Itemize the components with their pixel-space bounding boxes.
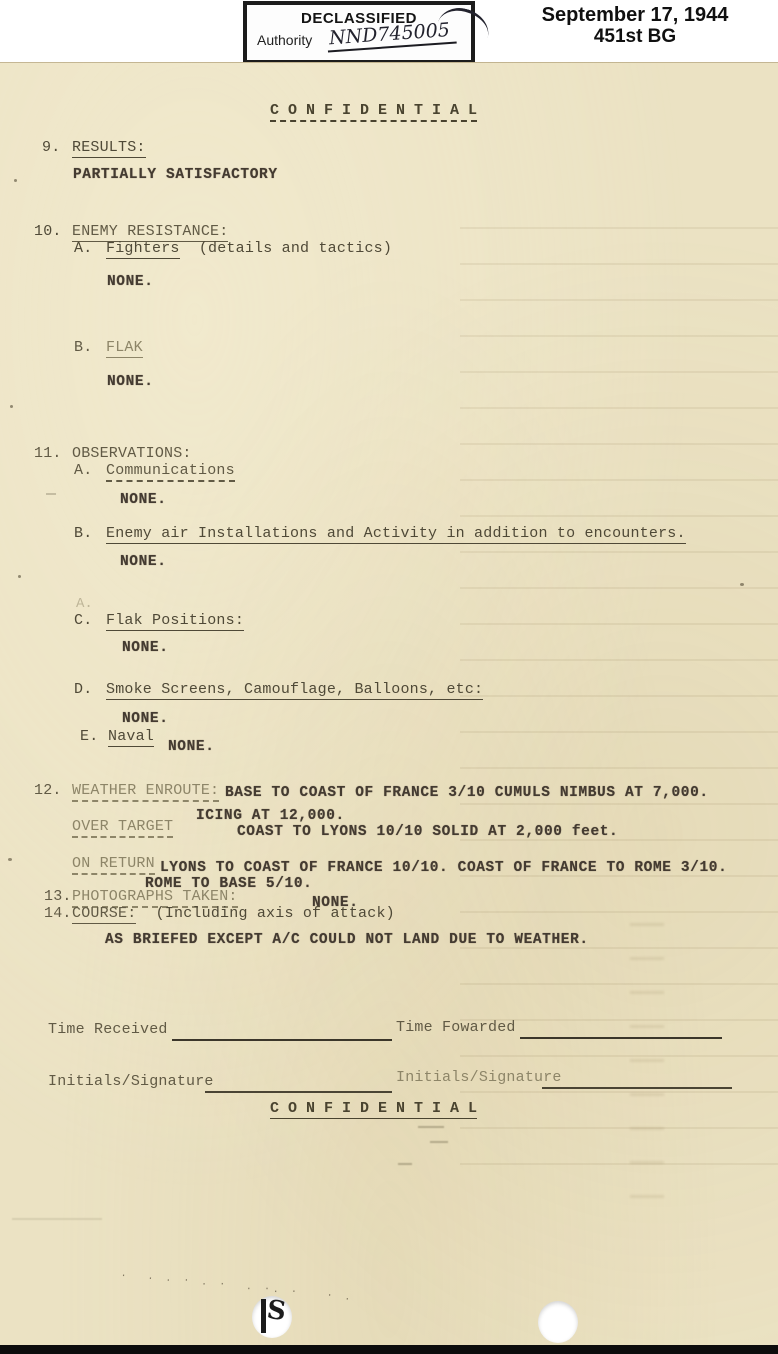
declassified-stamp: DECLASSIFIED Authority NND745005 [243, 1, 475, 64]
scan-edge-bar [0, 1345, 778, 1354]
speck [14, 179, 17, 182]
date-text: September 17, 1944 [540, 4, 730, 26]
obs-a-letter: A. [74, 461, 92, 479]
fighters-label: Fighters (details and tactics) [106, 239, 392, 257]
scanned-document: DECLASSIFIED Authority NND745005 Septemb… [0, 0, 778, 1354]
weather-over-target-label: OVER TARGET [72, 817, 173, 835]
obs-d-letter: D. [74, 680, 92, 698]
initials-left-label: Initials/Signature [48, 1072, 214, 1090]
course-detail: (Including axis of attack) [156, 905, 395, 922]
obs-c-label: Flak Positions: [106, 611, 244, 629]
authority-label: Authority [257, 32, 312, 48]
page-number-mark: S [265, 1295, 288, 1327]
weather-over-target-value: COAST TO LYONS 10/10 SOLID AT 2,000 feet… [237, 822, 618, 840]
bleed-through-column [630, 903, 664, 1203]
date-header: September 17, 1944 451st BG [540, 4, 730, 47]
speck [8, 858, 12, 861]
obs-c-value: NONE. [122, 638, 169, 656]
smudge [398, 1163, 412, 1165]
bleed-through-lines [460, 193, 778, 1193]
classification-bottom: C O N F I D E N T I A L [270, 1099, 477, 1117]
time-received-label: Time Received [48, 1020, 168, 1038]
results-title: RESULTS: [72, 138, 146, 156]
speck [10, 405, 13, 408]
fighters-detail: (details and tactics) [199, 240, 392, 257]
enemy-resistance-title: ENEMY RESISTANCE: [72, 222, 228, 240]
dot-trail: . . . · . · . ·. · · . [120, 1269, 354, 1304]
photographs-number: 13. [44, 887, 72, 905]
time-forwarded-label: Time Fowarded [396, 1018, 516, 1036]
obs-e-label: Naval [108, 727, 154, 745]
time-received-line [172, 1039, 392, 1041]
obs-e-value: NONE. [168, 737, 215, 755]
results-number: 9. [42, 138, 60, 156]
obs-e-letter: E. [80, 727, 98, 745]
obs-d-value: NONE. [122, 709, 169, 727]
obs-b-label: Enemy air Installations and Activity in … [106, 524, 686, 542]
time-forwarded-line [520, 1037, 722, 1039]
hole-punch-left: S [252, 1296, 292, 1338]
observations-title: OBSERVATIONS: [72, 444, 192, 462]
obs-a-label: Communications [106, 461, 235, 479]
smudge [12, 1218, 102, 1220]
obs-a-value: NONE. [120, 490, 167, 508]
hole-punch-right [538, 1301, 578, 1343]
obs-d-label: Smoke Screens, Camouflage, Balloons, etc… [106, 680, 483, 698]
smudge [430, 1141, 448, 1143]
weather-enroute-label: WEATHER ENROUTE: [72, 781, 219, 799]
enemy-resistance-number: 10. [34, 222, 62, 240]
flak-letter: B. [74, 338, 92, 356]
initials-left-line [205, 1091, 392, 1093]
fighters-letter: A. [74, 239, 92, 257]
obs-b-letter: B. [74, 524, 92, 542]
smudge [418, 1126, 444, 1128]
speck [46, 493, 56, 495]
weather-number: 12. [34, 781, 62, 799]
initials-right-label: Initials/Signature [396, 1068, 562, 1086]
weather-enroute-value: BASE TO COAST OF FRANCE 3/10 CUMULS NIMB… [225, 783, 709, 801]
course-label: COURSE: (Including axis of attack) [72, 904, 395, 922]
unit-text: 451st BG [540, 26, 730, 47]
weather-on-return-label: ON RETURN [72, 854, 155, 872]
speck [18, 575, 21, 578]
course-number: 14. [44, 904, 72, 922]
flak-label: FLAK [106, 338, 143, 356]
course-value: AS BRIEFED EXCEPT A/C COULD NOT LAND DUE… [105, 930, 589, 948]
classification-top: C O N F I D E N T I A L [270, 101, 477, 119]
speck [740, 583, 744, 586]
paper-page: C O N F I D E N T I A L 9. RESULTS: PART… [0, 62, 778, 1346]
obs-b-value: NONE. [120, 552, 167, 570]
flak-value: NONE. [107, 372, 154, 390]
initials-right-line [542, 1087, 732, 1089]
fighters-value: NONE. [107, 272, 154, 290]
photographs-label: PHOTOGRAPHS TAKEN: [72, 887, 238, 905]
observations-number: 11. [34, 444, 62, 462]
results-value: PARTIALLY SATISFACTORY [73, 165, 278, 183]
obs-c-letter: C. [74, 611, 92, 629]
